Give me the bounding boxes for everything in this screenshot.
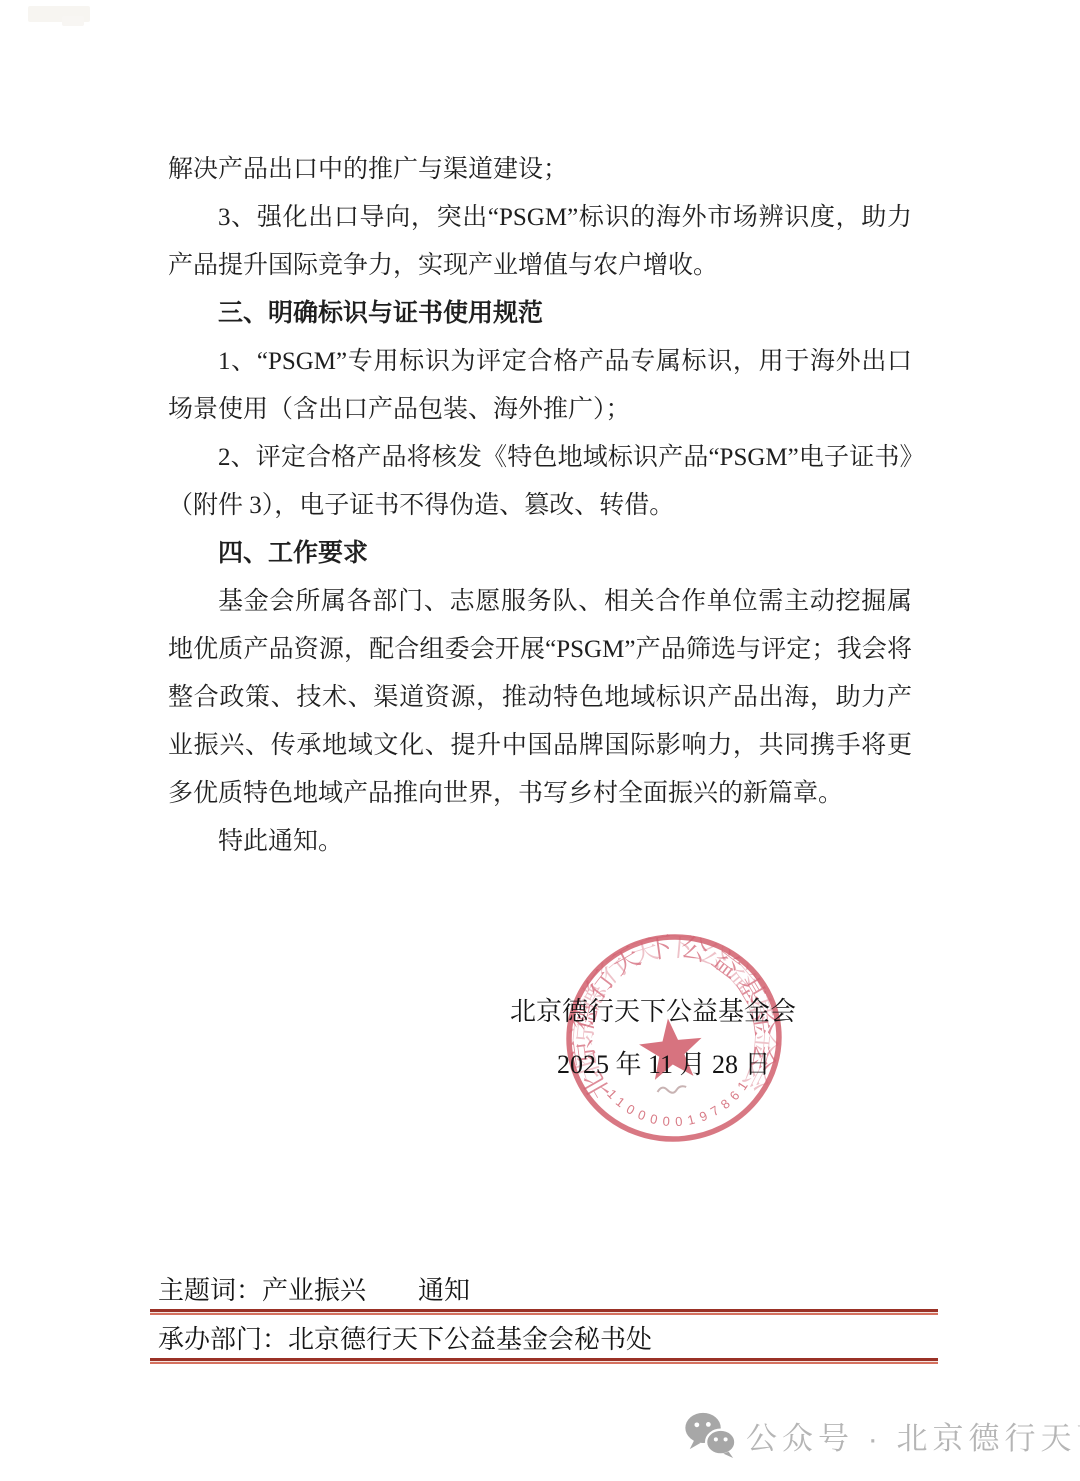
official-seal: 北京德行天下公益基金会 北京德行天下公益基金会 1100000197861	[542, 906, 806, 1170]
subject-label: 主题词：	[158, 1276, 262, 1305]
paragraph: 2、评定合格产品将核发《特色地域标识产品“PSGM”电子证书》（附件 3），电子…	[168, 434, 912, 530]
signature-date: 2025 年 11 月 28 日	[557, 1044, 771, 1081]
paragraph: 解决产品出口中的推广与渠道建设；	[168, 146, 912, 194]
seal-security-squiggle	[657, 1085, 686, 1094]
subject-row: 主题词：产业振兴 通知	[150, 1274, 938, 1307]
department-label: 承办部门：	[158, 1325, 288, 1354]
footer-rule	[150, 1309, 938, 1315]
scan-artifact	[62, 16, 84, 26]
wechat-watermark: 公众号 · 北京德行天下	[684, 1412, 1080, 1458]
document-footer: 主题词：产业振兴 通知 承办部门：北京德行天下公益基金会秘书处	[150, 1274, 938, 1372]
section-heading: 四、工作要求	[168, 530, 912, 578]
paragraph: 基金会所属各部门、志愿服务队、相关合作单位需主动挖掘属地优质产品资源，配合组委会…	[168, 578, 912, 818]
section-heading: 三、明确标识与证书使用规范	[168, 290, 912, 338]
department-row: 承办部门：北京德行天下公益基金会秘书处	[150, 1323, 938, 1356]
department-value: 北京德行天下公益基金会秘书处	[288, 1325, 652, 1354]
document-body: 解决产品出口中的推广与渠道建设； 3、强化出口导向，突出“PSGM”标识的海外市…	[168, 146, 912, 866]
watermark-text: 公众号 · 北京德行天下	[746, 1413, 1080, 1458]
paragraph: 3、强化出口导向，突出“PSGM”标识的海外市场辨识度，助力产品提升国际竞争力，…	[168, 194, 912, 290]
document-page: 解决产品出口中的推广与渠道建设； 3、强化出口导向，突出“PSGM”标识的海外市…	[0, 0, 1080, 1481]
paragraph: 1、“PSGM”专用标识为评定合格产品专属标识，用于海外出口场景使用（含出口产品…	[168, 338, 912, 434]
subject-value: 产业振兴 通知	[262, 1276, 470, 1305]
signature-org: 北京德行天下公益基金会	[510, 991, 796, 1028]
footer-rule	[150, 1358, 938, 1364]
paragraph: 特此通知。	[168, 818, 912, 866]
wechat-icon	[684, 1412, 738, 1458]
